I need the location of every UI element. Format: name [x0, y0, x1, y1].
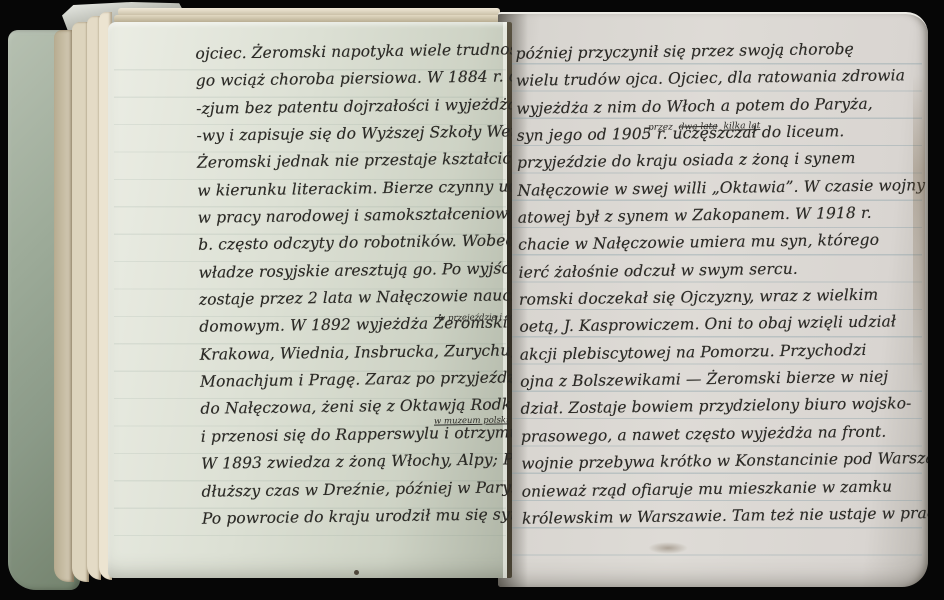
handwriting-line: b. często odczyty do robotników. Wobec t… [198, 232, 512, 264]
annotation-struck-text: dwa lata [679, 122, 718, 133]
handwriting-line: w kierunku literackim. Bierze czynny udz… [197, 177, 512, 209]
handwriting-line: Żeromski jednak nie przestaje kształcić … [197, 150, 512, 182]
ink-annotation-small: w przejeździe i co [438, 312, 512, 323]
handwriting-line: królewskim w Warszawie. Tam też nie usta… [522, 504, 928, 537]
handwriting-line: Krakowa, Wiednia, Insbrucka, Zurychu, [200, 341, 512, 373]
handwriting-line: -zjum bez patentu dojrzałości i wyjeżdża… [196, 95, 512, 127]
handwriting-line: Po powrocie do kraju urodził mu się syn … [202, 505, 512, 537]
page-stack-edge [54, 30, 74, 582]
right-page: później przyczynił się przez swoją choro… [498, 12, 928, 587]
ink-spot [354, 570, 359, 575]
handwriting-line: dłuższy czas w Dreźnie, później w Paryżu… [201, 478, 512, 510]
ink-smudge [648, 542, 688, 554]
handwriting-block-right: później przyczynił się przez swoją choro… [498, 12, 928, 537]
handwriting-line: go wciąż choroba piersiowa. W 1884 r. op… [196, 68, 512, 100]
left-page: ojciec. Żeromski napotyka wiele trudnośc… [108, 22, 512, 578]
handwriting-line: Monachjum i Pragę. Zaraz po przyjeździe [200, 368, 512, 400]
handwriting-line: i przenosi się do Rapperswylu i otrzymuj… [201, 423, 512, 455]
handwriting-line: władze rosyjskie aresztują go. Po wyjści… [198, 259, 512, 291]
annotation-text: przez [648, 123, 673, 133]
handwriting-line: w pracy narodowej i samokształceniowej. … [198, 204, 512, 236]
handwriting-line: W 1893 zwiedza z żoną Włochy, Alpy; Prze… [201, 450, 512, 482]
handwriting-block-left: ojciec. Żeromski napotyka wiele trudnośc… [108, 22, 512, 538]
ink-annotation-underlined: w muzeum polski [434, 415, 509, 426]
annotation-underlined-text: kilka lat [723, 121, 760, 132]
ink-annotation-insertion: przez dwa lata kilka lat [648, 121, 763, 133]
notebook-spread-photo: później przyczynił się przez swoją choro… [0, 0, 944, 600]
handwriting-line: ojciec. Żeromski napotyka wiele trudnośc… [195, 40, 512, 72]
